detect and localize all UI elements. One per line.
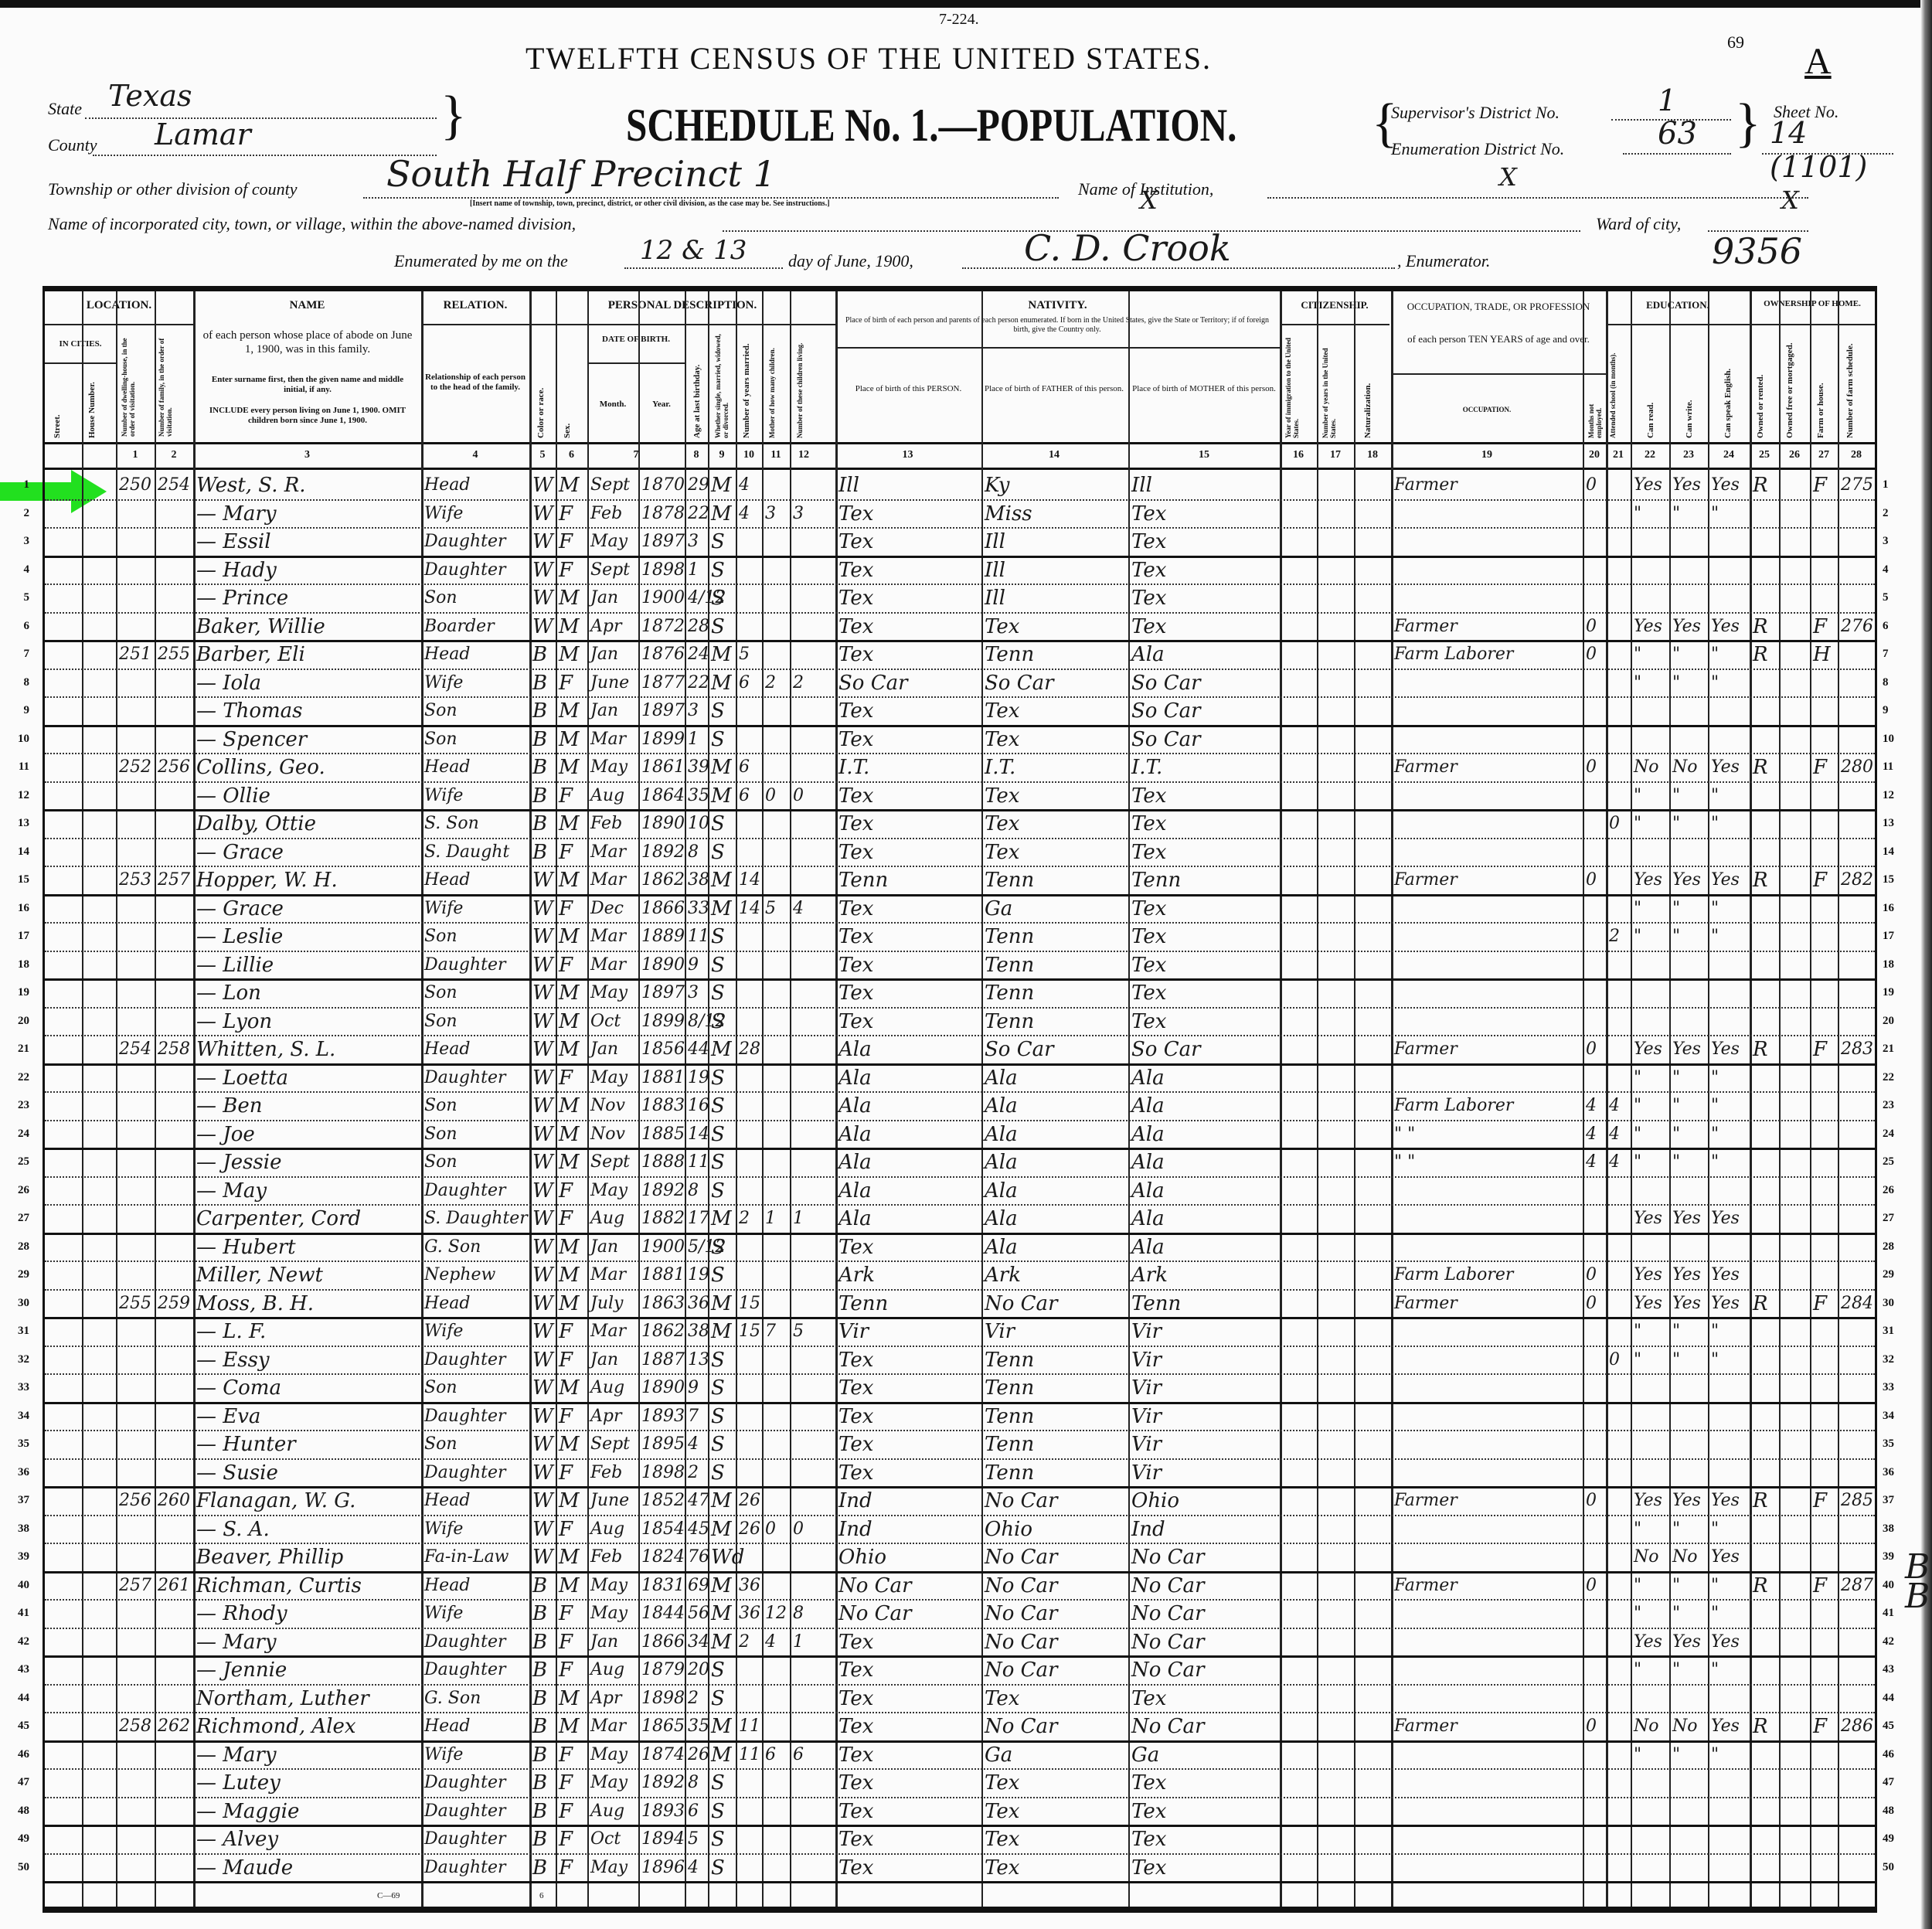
cell-dw: 256 bbox=[119, 1488, 151, 1514]
column-number: 21 bbox=[1606, 449, 1631, 461]
cell-age: 2 bbox=[688, 1686, 699, 1712]
cell-bf: Ill bbox=[985, 585, 1005, 611]
cell-year: 1874 bbox=[641, 1742, 685, 1768]
cell-sp: " bbox=[1711, 641, 1719, 668]
cell-bf: Tex bbox=[985, 1798, 1019, 1825]
cell-bf: Ala bbox=[985, 1234, 1018, 1260]
cell-sex: M bbox=[559, 585, 580, 611]
cell-bf: So Car bbox=[985, 1036, 1054, 1063]
cell-sp: " bbox=[1711, 1742, 1719, 1768]
cell-rel: Son bbox=[424, 924, 457, 950]
cell-age: 4 bbox=[688, 1431, 699, 1458]
cell-color: W bbox=[532, 1488, 553, 1514]
cell-moc: 4 bbox=[765, 1629, 776, 1655]
table-row: 40257261Richman, CurtisHeadBMMay183169M3… bbox=[45, 1571, 1875, 1601]
line-number-right: 6 bbox=[1883, 620, 1913, 633]
cell-age: 9 bbox=[688, 952, 699, 978]
table-row: 2— MaryWifeWFFeb187822M433TexMissTex"""2 bbox=[45, 499, 1875, 529]
cell-color: W bbox=[532, 1178, 553, 1204]
cell-wr: No bbox=[1672, 754, 1698, 781]
cell-year: 1824 bbox=[641, 1544, 685, 1570]
cell-name: Richmond, Alex bbox=[196, 1713, 356, 1740]
years-married-header: Number of years married. bbox=[742, 330, 751, 438]
cell-year: 1897 bbox=[641, 980, 685, 1006]
cell-bm: Vir bbox=[1131, 1403, 1162, 1430]
cell-occ: Farmer bbox=[1394, 1573, 1458, 1599]
cell-occ: Farmer bbox=[1394, 472, 1458, 498]
cell-rd: No bbox=[1634, 1713, 1659, 1740]
cell-year: 1899 bbox=[641, 1009, 685, 1035]
line-number-left: 26 bbox=[6, 1184, 29, 1197]
cell-age: 47 bbox=[688, 1488, 709, 1514]
cell-mar: S bbox=[711, 924, 725, 950]
line-number-right: 49 bbox=[1883, 1832, 1913, 1846]
cell-bf: Tex bbox=[985, 1770, 1019, 1796]
county-label: County bbox=[48, 135, 97, 155]
cell-bp: Ark bbox=[838, 1262, 875, 1288]
cell-year: 1872 bbox=[641, 614, 685, 640]
cell-color: W bbox=[532, 1036, 553, 1063]
cell-year: 1897 bbox=[641, 529, 685, 555]
cell-mu: 0 bbox=[1586, 1291, 1597, 1317]
cell-bm: Tex bbox=[1131, 952, 1166, 978]
sex-header: Sex. bbox=[563, 400, 572, 438]
immigration-header: Year of immigration to the United States… bbox=[1284, 330, 1306, 438]
cell-age: 11 bbox=[688, 924, 709, 950]
cell-wr: " bbox=[1672, 1065, 1680, 1091]
line-number-right: 15 bbox=[1883, 873, 1913, 886]
cell-bf: Tenn bbox=[985, 1375, 1034, 1401]
line-number-right: 8 bbox=[1883, 676, 1913, 689]
cell-bf: Ga bbox=[985, 1742, 1012, 1768]
cell-mar: M bbox=[711, 1629, 732, 1655]
cell-name: — Hunter bbox=[196, 1431, 296, 1458]
cell-cl: 5 bbox=[793, 1318, 804, 1345]
cell-color: W bbox=[532, 1403, 553, 1430]
table-row: 10— SpencerSonBMMar18991STexTexSo Car10 bbox=[45, 725, 1875, 755]
cell-wr: Yes bbox=[1672, 1488, 1701, 1514]
cell-mu: 0 bbox=[1586, 867, 1597, 893]
cell-occ: Farmer bbox=[1394, 867, 1458, 893]
cell-occ: Farmer bbox=[1394, 614, 1458, 640]
line-number-right: 37 bbox=[1883, 1494, 1913, 1507]
cell-bf: Tex bbox=[985, 726, 1019, 753]
cell-wr: Yes bbox=[1672, 1291, 1701, 1317]
cell-bf: Ala bbox=[985, 1093, 1018, 1119]
line-number-left: 46 bbox=[6, 1748, 29, 1761]
cell-name: — May bbox=[196, 1178, 267, 1204]
cell-age: 4 bbox=[688, 1855, 699, 1881]
cell-mar: S bbox=[711, 1347, 725, 1373]
cell-color: W bbox=[532, 557, 553, 583]
cell-mar: M bbox=[711, 754, 732, 781]
cell-name: — Hady bbox=[196, 557, 277, 583]
table-row: 3— EssilDaughterWFMay18973STexIllTex3 bbox=[45, 527, 1875, 558]
line-number-left: 1 bbox=[6, 478, 29, 492]
cell-bp: Tex bbox=[838, 1460, 873, 1486]
cell-rd: No bbox=[1634, 1544, 1659, 1570]
cell-rd: " bbox=[1634, 1093, 1641, 1119]
cell-bm: Ark bbox=[1131, 1262, 1168, 1288]
cell-name: — Lillie bbox=[196, 952, 274, 978]
cell-bm: So Car bbox=[1131, 1036, 1201, 1063]
cell-age: 3 bbox=[688, 529, 699, 555]
cell-sex: F bbox=[559, 1855, 573, 1881]
cell-month: July bbox=[590, 1291, 623, 1317]
cell-bm: No Car bbox=[1131, 1601, 1205, 1627]
dob-rule bbox=[587, 362, 685, 364]
cell-bp: Ala bbox=[838, 1093, 872, 1119]
line-number-left: 21 bbox=[6, 1043, 29, 1056]
cell-fs: 276 bbox=[1841, 614, 1873, 640]
line-number-left: 48 bbox=[6, 1805, 29, 1818]
birth-mother-header: Place of birth of MOTHER of this person. bbox=[1128, 384, 1280, 394]
cell-rel: Head bbox=[424, 1036, 470, 1063]
cell-month: Aug bbox=[590, 783, 624, 809]
education-rule bbox=[1606, 324, 1750, 325]
line-number-right: 36 bbox=[1883, 1466, 1913, 1479]
line-number-left: 8 bbox=[6, 676, 29, 689]
cell-sex: M bbox=[559, 1149, 580, 1175]
cell-age: 19 bbox=[688, 1262, 709, 1288]
form-number: 7-224. bbox=[939, 11, 979, 29]
cell-age: 17 bbox=[688, 1206, 709, 1232]
line-number-right: 43 bbox=[1883, 1663, 1913, 1676]
cell-sex: M bbox=[559, 1544, 580, 1570]
cell-bf: No Car bbox=[985, 1657, 1058, 1683]
cell-fam: 258 bbox=[158, 1036, 190, 1063]
cell-age: 24 bbox=[688, 641, 709, 668]
cell-bp: Tex bbox=[838, 896, 873, 922]
cell-bf: No Car bbox=[985, 1629, 1058, 1655]
cell-sp: " bbox=[1711, 1516, 1719, 1543]
cell-age: 22 bbox=[688, 501, 709, 527]
cell-name: — Essy bbox=[196, 1347, 270, 1373]
cell-bf: Ala bbox=[985, 1149, 1018, 1175]
cell-fam: 255 bbox=[158, 641, 190, 668]
enumerated-days-field: 12 & 13 bbox=[624, 244, 783, 269]
naturalization-header: Naturalization. bbox=[1363, 353, 1372, 438]
cell-fs: 285 bbox=[1841, 1488, 1873, 1514]
cell-age: 26 bbox=[688, 1742, 709, 1768]
column-number: 8 bbox=[685, 449, 708, 461]
line-number-right: 30 bbox=[1883, 1297, 1913, 1310]
cell-color: W bbox=[532, 1544, 553, 1570]
cell-bf: Tex bbox=[985, 1826, 1019, 1852]
cell-year: 1882 bbox=[641, 1206, 685, 1232]
cell-cl: 6 bbox=[793, 1742, 804, 1768]
line-number-left: 4 bbox=[6, 563, 29, 577]
table-row: 47— LuteyDaughterBFMay18928STexTexTex47 bbox=[45, 1768, 1875, 1798]
cell-color: B bbox=[532, 1713, 547, 1740]
line-number-right: 20 bbox=[1883, 1015, 1913, 1028]
footer-page-marker: 6 bbox=[539, 1891, 544, 1900]
column-number: 11 bbox=[762, 449, 790, 461]
footer-form-code: C—69 bbox=[377, 1891, 400, 1900]
cell-year: 1844 bbox=[641, 1601, 685, 1627]
cell-sch: 0 bbox=[1609, 811, 1620, 837]
cell-bm: Tex bbox=[1131, 1826, 1166, 1852]
cell-sex: M bbox=[559, 924, 580, 950]
table-row: 23— BenSonWMNov188316SAlaAlaAlaFarm Labo… bbox=[45, 1091, 1875, 1121]
township-value: South Half Precinct 1 bbox=[386, 153, 776, 195]
cell-bf: Tenn bbox=[985, 980, 1034, 1006]
table-row: 27Carpenter, CordS. DaughterWFAug188217M… bbox=[45, 1204, 1875, 1235]
line-number-left: 29 bbox=[6, 1268, 29, 1281]
cell-rel: Daughter bbox=[424, 1855, 506, 1881]
line-number-right: 2 bbox=[1883, 507, 1913, 520]
cell-sp: " bbox=[1711, 1065, 1719, 1091]
cell-name: — Maude bbox=[196, 1855, 293, 1881]
cell-occ: Farmer bbox=[1394, 1291, 1458, 1317]
cell-mu: 0 bbox=[1586, 754, 1597, 781]
cell-bf: Tex bbox=[985, 698, 1019, 724]
cell-ym: 6 bbox=[739, 670, 750, 696]
table-row: 15253257Hopper, W. H.HeadWMMar186238M14T… bbox=[45, 866, 1875, 896]
township-note: [Insert name of township, town, precinct… bbox=[470, 199, 830, 208]
cell-rel: Wife bbox=[424, 501, 463, 527]
cell-color: W bbox=[532, 1431, 553, 1458]
cell-month: Aug bbox=[590, 1798, 624, 1825]
cell-color: W bbox=[532, 1009, 553, 1035]
cell-bp: Tex bbox=[838, 811, 873, 837]
line-number-left: 39 bbox=[6, 1550, 29, 1563]
cell-mar: M bbox=[711, 783, 732, 809]
cell-rel: Daughter bbox=[424, 952, 506, 978]
cell-mar: S bbox=[711, 1121, 725, 1148]
column-number: 27 bbox=[1810, 449, 1838, 461]
cell-sex: F bbox=[559, 1347, 573, 1373]
cell-bf: Tex bbox=[985, 839, 1019, 866]
cell-rel: Daughter bbox=[424, 1403, 506, 1430]
cell-year: 1900 bbox=[641, 585, 685, 611]
column-number-row: 1234567891011121314151617181920212223242… bbox=[45, 444, 1875, 470]
cell-sch: 4 bbox=[1609, 1093, 1620, 1119]
cell-color: B bbox=[532, 1855, 547, 1881]
cell-ym: 2 bbox=[739, 1629, 750, 1655]
line-number-right: 14 bbox=[1883, 845, 1913, 859]
cell-month: May bbox=[590, 754, 628, 781]
birth-person-header: Place of birth of this PERSON. bbox=[837, 384, 980, 394]
cell-month: Mar bbox=[590, 924, 626, 950]
cell-sp: Yes bbox=[1711, 614, 1740, 640]
cell-rel: Son bbox=[424, 1375, 457, 1401]
line-number-left: 9 bbox=[6, 704, 29, 717]
cell-mar: M bbox=[711, 867, 732, 893]
line-number-left: 30 bbox=[6, 1297, 29, 1310]
line-number-left: 12 bbox=[6, 789, 29, 802]
cell-month: Jan bbox=[590, 1629, 618, 1655]
cell-fam: 261 bbox=[158, 1573, 190, 1599]
cell-bm: Tenn bbox=[1131, 1291, 1181, 1317]
cell-color: W bbox=[532, 1318, 553, 1345]
cell-fh: F bbox=[1813, 867, 1827, 893]
cell-month: Nov bbox=[590, 1093, 625, 1119]
cell-mar: M bbox=[711, 1742, 732, 1768]
cell-ym: 15 bbox=[739, 1318, 760, 1345]
scan-right-edge bbox=[1920, 0, 1932, 1929]
cell-fam: 259 bbox=[158, 1291, 190, 1317]
cell-sex: F bbox=[559, 1601, 573, 1627]
cell-color: B bbox=[532, 1601, 547, 1627]
cell-bm: Vir bbox=[1131, 1375, 1162, 1401]
cell-own: R bbox=[1753, 867, 1768, 893]
cell-bp: Ala bbox=[838, 1206, 872, 1232]
cell-rel: Daughter bbox=[424, 1770, 506, 1796]
enumerated-suffix: day of June, 1900, bbox=[788, 251, 913, 271]
line-number-left: 33 bbox=[6, 1381, 29, 1394]
table-row: 31— L. F.WifeWFMar186238M1575VirVirVir""… bbox=[45, 1317, 1875, 1347]
cell-moc: 2 bbox=[765, 670, 776, 696]
month-header: Month. bbox=[587, 400, 638, 410]
township-field: South Half Precinct 1 bbox=[363, 170, 1059, 199]
relation-desc: Relationship of each person to the head … bbox=[423, 373, 527, 393]
relation-rule bbox=[421, 324, 529, 325]
line-number-left: 27 bbox=[6, 1212, 29, 1225]
line-number-right: 29 bbox=[1883, 1268, 1913, 1281]
cell-bp: Ala bbox=[838, 1121, 872, 1148]
column-number: 16 bbox=[1280, 449, 1317, 461]
cell-month: Jan bbox=[590, 698, 618, 724]
cell-cl: 4 bbox=[793, 896, 804, 922]
page-number: 69 bbox=[1727, 32, 1744, 53]
cell-rel: Son bbox=[424, 698, 457, 724]
line-number-right: 23 bbox=[1883, 1099, 1913, 1112]
cell-name: Northam, Luther bbox=[196, 1686, 369, 1712]
enumerator-field: C. D. Crook bbox=[962, 244, 1395, 269]
cell-occ: " " bbox=[1394, 1149, 1415, 1175]
cell-bp: Tenn bbox=[838, 867, 888, 893]
cell-name: — Thomas bbox=[196, 698, 303, 724]
cell-bp: Tex bbox=[838, 1347, 873, 1373]
owned-rented-header: Owned or rented. bbox=[1756, 361, 1765, 438]
cell-color: W bbox=[532, 1516, 553, 1543]
cell-name: — S. A. bbox=[196, 1516, 270, 1543]
cell-own: R bbox=[1753, 754, 1768, 781]
name-include: INCLUDE every person living on June 1, 1… bbox=[199, 406, 416, 426]
line-number-right: 38 bbox=[1883, 1522, 1913, 1536]
cell-bp: Tex bbox=[838, 698, 873, 724]
cell-year: 1856 bbox=[641, 1036, 685, 1063]
cell-year: 1865 bbox=[641, 1713, 685, 1740]
cell-bp: Tex bbox=[838, 614, 873, 640]
cell-month: Feb bbox=[590, 1544, 622, 1570]
cell-sp: Yes bbox=[1711, 1713, 1740, 1740]
cell-month: May bbox=[590, 529, 628, 555]
table-row: 41— RhodyWifeBFMay184456M36128No CarNo C… bbox=[45, 1599, 1875, 1629]
county-field: Lamar bbox=[93, 124, 437, 156]
city-value: X bbox=[1140, 185, 1158, 215]
cell-name: Collins, Geo. bbox=[196, 754, 325, 781]
cell-name: Beaver, Phillip bbox=[196, 1544, 343, 1570]
line-number-left: 25 bbox=[6, 1155, 29, 1169]
cell-bp: Tex bbox=[838, 952, 873, 978]
cell-month: Sept bbox=[590, 472, 630, 498]
ownership-rule bbox=[1750, 324, 1875, 325]
cell-rd: Yes bbox=[1634, 1488, 1662, 1514]
cell-mar: S bbox=[711, 1262, 725, 1288]
line-number-left: 2 bbox=[6, 507, 29, 520]
cell-bp: No Car bbox=[838, 1601, 912, 1627]
line-number-left: 31 bbox=[6, 1325, 29, 1338]
cell-mar: S bbox=[711, 1375, 725, 1401]
cell-year: 1898 bbox=[641, 557, 685, 583]
column-number: 10 bbox=[736, 449, 762, 461]
cell-fam: 254 bbox=[158, 472, 190, 498]
cell-year: 1888 bbox=[641, 1149, 685, 1175]
line-number-right: 46 bbox=[1883, 1748, 1913, 1761]
cell-year: 1890 bbox=[641, 811, 685, 837]
cell-rd: Yes bbox=[1634, 472, 1662, 498]
cell-sch: 2 bbox=[1609, 924, 1620, 950]
table-row: 34— EvaDaughterWFApr18937STexTennVir34 bbox=[45, 1402, 1875, 1432]
cell-sp: " bbox=[1711, 1149, 1719, 1175]
cell-fam: 256 bbox=[158, 754, 190, 781]
cell-color: W bbox=[532, 1093, 553, 1119]
cell-own: R bbox=[1753, 1291, 1768, 1317]
cell-bf: Ill bbox=[985, 529, 1005, 555]
line-number-left: 40 bbox=[6, 1579, 29, 1592]
column-number: 1 bbox=[116, 449, 155, 461]
cell-rel: Head bbox=[424, 1573, 470, 1599]
table-row: 20— LyonSonWMOct18998/12STexTennTex20 bbox=[45, 1007, 1875, 1037]
cell-year: 1883 bbox=[641, 1093, 685, 1119]
cell-sex: M bbox=[559, 1686, 580, 1712]
cell-sp: Yes bbox=[1711, 1544, 1740, 1570]
cell-color: B bbox=[532, 1742, 547, 1768]
cell-color: B bbox=[532, 1826, 547, 1852]
line-number-left: 22 bbox=[6, 1071, 29, 1084]
cell-name: — Coma bbox=[196, 1375, 281, 1401]
cell-age: 8 bbox=[688, 839, 699, 866]
cell-bp: Tex bbox=[838, 1855, 873, 1881]
line-number-left: 10 bbox=[6, 733, 29, 746]
cell-year: 1861 bbox=[641, 754, 685, 781]
cell-color: W bbox=[532, 1262, 553, 1288]
cell-color: W bbox=[532, 924, 553, 950]
cell-sex: M bbox=[559, 1234, 580, 1260]
cell-month: Mar bbox=[590, 726, 626, 753]
cell-bp: Vir bbox=[838, 1318, 869, 1345]
cell-mar: M bbox=[711, 472, 732, 498]
table-row: 21254258Whitten, S. L.HeadWMJan185644M28… bbox=[45, 1035, 1875, 1066]
cell-mar: M bbox=[711, 1601, 732, 1627]
cell-sex: M bbox=[559, 1713, 580, 1740]
column-number: 28 bbox=[1838, 449, 1875, 461]
cell-month: Oct bbox=[590, 1009, 621, 1035]
cell-ym: 26 bbox=[739, 1488, 760, 1514]
table-row: 13Dalby, OttieS. SonBMFeb189010STexTexTe… bbox=[45, 809, 1875, 839]
cell-month: Aug bbox=[590, 1516, 624, 1543]
line-number-right: 31 bbox=[1883, 1325, 1913, 1338]
ed-field: 63 bbox=[1623, 134, 1731, 155]
years-in-us-header: Number of years in the United States. bbox=[1321, 330, 1343, 438]
cell-month: Mar bbox=[590, 1318, 626, 1345]
cell-bm: Ala bbox=[1131, 1234, 1165, 1260]
cell-color: B bbox=[532, 1573, 547, 1599]
cell-bm: Tex bbox=[1131, 1798, 1166, 1825]
cell-sex: F bbox=[559, 529, 573, 555]
cell-mar: M bbox=[711, 641, 732, 668]
cell-bp: Tex bbox=[838, 1742, 873, 1768]
cell-bp: Tex bbox=[838, 1403, 873, 1430]
line-number-right: 42 bbox=[1883, 1635, 1913, 1648]
cell-year: 1895 bbox=[641, 1431, 685, 1458]
column-number: 23 bbox=[1669, 449, 1708, 461]
cell-rel: Head bbox=[424, 754, 470, 781]
cell-bm: Ala bbox=[1131, 1206, 1165, 1232]
cell-moc: 0 bbox=[765, 1516, 776, 1543]
